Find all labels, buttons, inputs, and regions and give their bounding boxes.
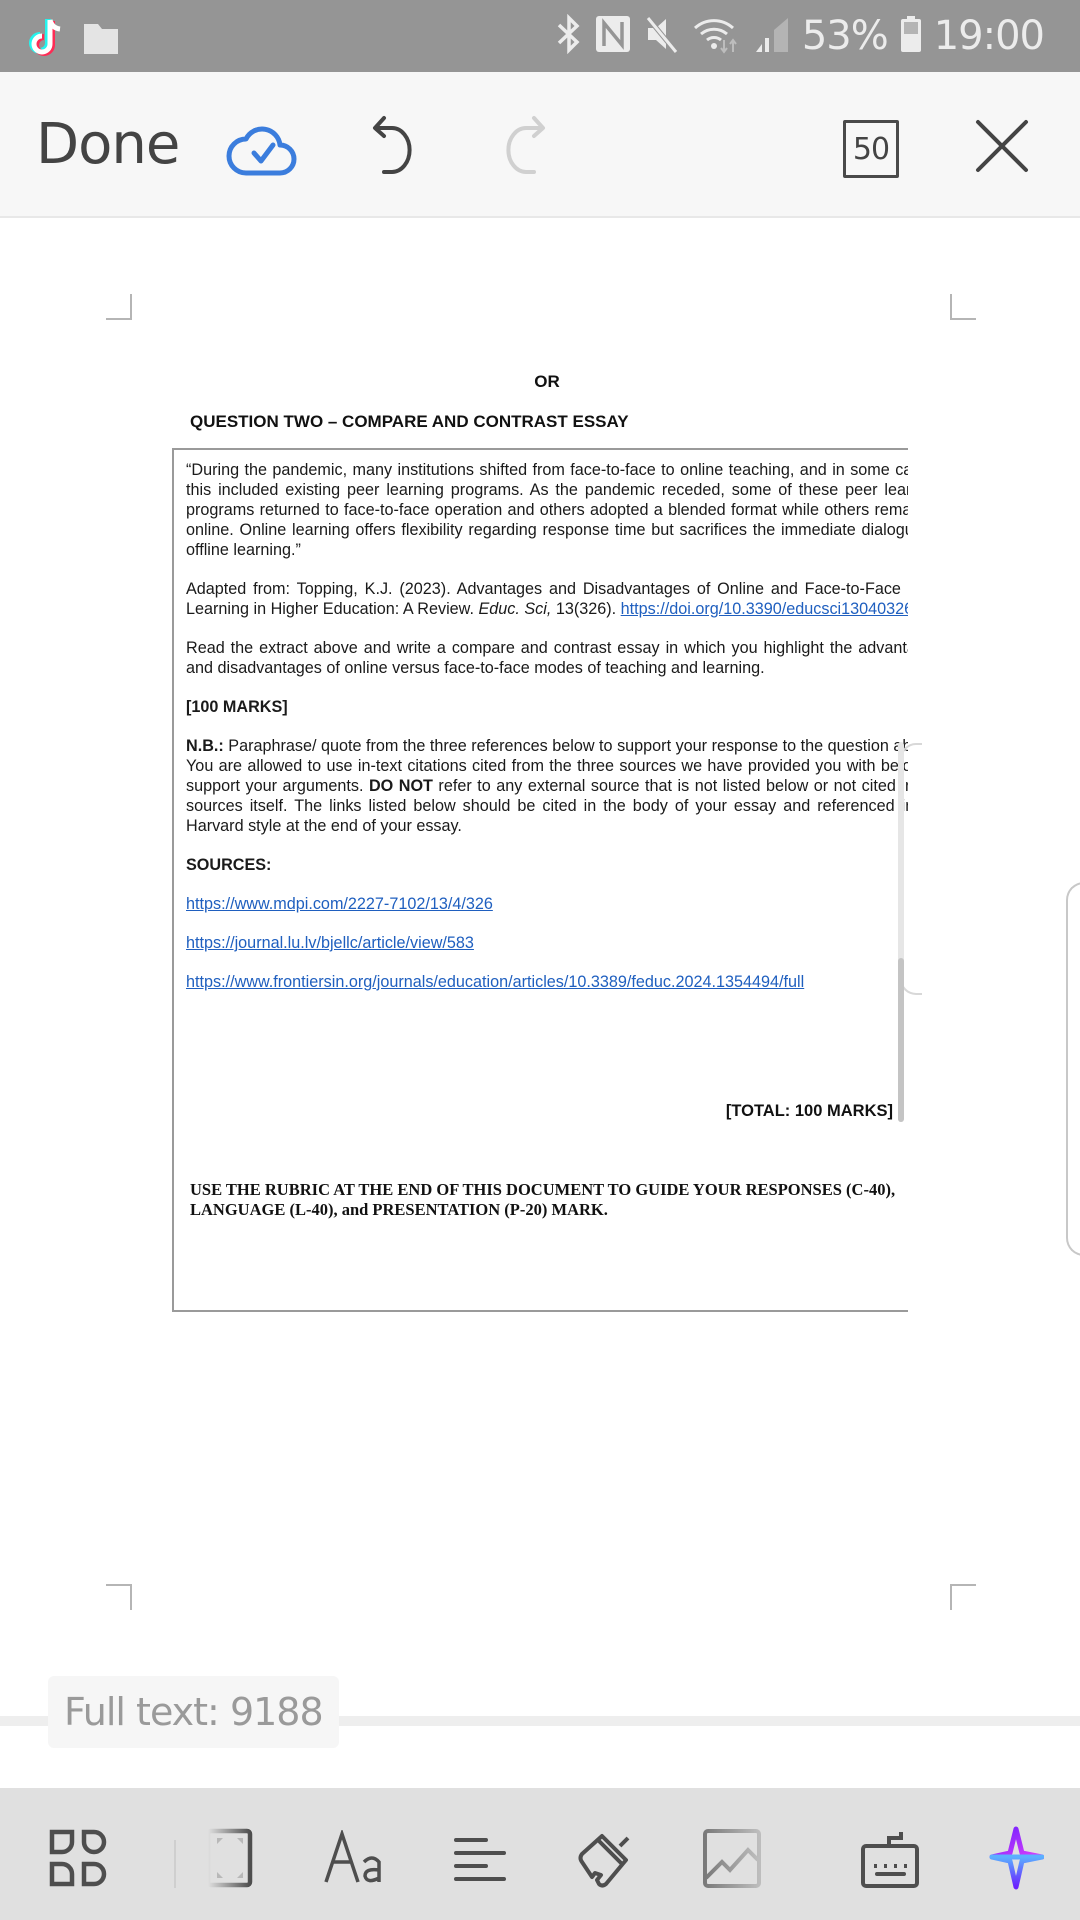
done-button[interactable]: Done bbox=[36, 110, 179, 180]
clock: 19:00 bbox=[934, 13, 1044, 59]
citation-volume: 13(326). bbox=[551, 600, 616, 618]
status-bar: 53% 19:00 bbox=[0, 0, 1080, 72]
signal-icon bbox=[754, 14, 790, 59]
document-canvas[interactable]: OR QUESTION TWO – COMPARE AND CONTRAST E… bbox=[0, 218, 1080, 1788]
sources-title: SOURCES: bbox=[186, 855, 908, 875]
bottom-toolbar bbox=[0, 1788, 1080, 1920]
question-title: QUESTION TWO – COMPARE AND CONTRAST ESSA… bbox=[190, 412, 629, 432]
page-count-button[interactable]: 50 bbox=[843, 120, 899, 178]
nb-label: N.B.: bbox=[186, 737, 224, 755]
apps-grid-icon[interactable] bbox=[46, 1826, 110, 1890]
tiktok-icon bbox=[28, 16, 68, 65]
folder-icon bbox=[82, 20, 120, 61]
quote-paragraph: “During the pandemic, many institutions … bbox=[186, 460, 908, 560]
rubric-note: USE THE RUBRIC AT THE END OF THIS DOCUME… bbox=[190, 1180, 910, 1220]
page-corner-mark bbox=[950, 294, 976, 320]
insert-image-icon[interactable] bbox=[700, 1826, 764, 1890]
font-icon[interactable] bbox=[322, 1826, 392, 1890]
nfc-icon bbox=[594, 14, 632, 59]
close-icon[interactable] bbox=[972, 116, 1032, 176]
nb-paragraph: N.B.: Paraphrase/ quote from the three r… bbox=[186, 736, 908, 836]
page-corner-mark bbox=[106, 294, 132, 320]
wifi-icon bbox=[692, 14, 742, 59]
page-corner-mark bbox=[106, 1584, 132, 1610]
box-scrollbar-thumb[interactable] bbox=[898, 958, 904, 1122]
battery-percent: 53% bbox=[802, 13, 888, 59]
total-marks: [TOTAL: 100 MARKS] bbox=[700, 1102, 893, 1121]
redo-icon[interactable] bbox=[496, 110, 556, 184]
citation-link[interactable]: https://doi.org/10.3390/educsci13040326 bbox=[621, 600, 908, 618]
toolbar-divider bbox=[174, 1840, 176, 1888]
mute-icon bbox=[644, 14, 680, 59]
nb-do-not: DO NOT bbox=[369, 777, 433, 795]
page-corner-mark bbox=[950, 1584, 976, 1610]
word-count-badge[interactable]: Full text: 9188 bbox=[48, 1676, 339, 1748]
bluetooth-icon bbox=[556, 14, 582, 59]
battery-icon bbox=[900, 14, 922, 59]
format-brush-icon[interactable] bbox=[574, 1826, 638, 1890]
source-link[interactable]: https://journal.lu.lv/bjellc/article/vie… bbox=[186, 934, 474, 952]
citation-paragraph: Adapted from: Topping, K.J. (2023). Adva… bbox=[186, 579, 908, 619]
instruction-paragraph: Read the extract above and write a compa… bbox=[186, 638, 908, 678]
editor-toolbar: Done 50 bbox=[0, 72, 1080, 218]
source-link[interactable]: https://www.frontiersin.org/journals/edu… bbox=[186, 973, 804, 991]
undo-icon[interactable] bbox=[362, 110, 422, 184]
paragraph-align-icon[interactable] bbox=[448, 1826, 512, 1890]
source-link[interactable]: https://www.mdpi.com/2227-7102/13/4/326 bbox=[186, 895, 493, 913]
citation-journal: Educ. Sci, bbox=[478, 600, 551, 618]
keyboard-icon[interactable] bbox=[858, 1826, 922, 1890]
edge-panel-handle[interactable] bbox=[1066, 882, 1080, 1256]
fullscreen-icon[interactable] bbox=[198, 1826, 262, 1890]
or-heading: OR bbox=[0, 372, 1080, 392]
marks-label: [100 MARKS] bbox=[186, 697, 908, 717]
cloud-saved-icon[interactable] bbox=[224, 112, 300, 182]
ai-sparkle-icon[interactable] bbox=[984, 1826, 1048, 1890]
